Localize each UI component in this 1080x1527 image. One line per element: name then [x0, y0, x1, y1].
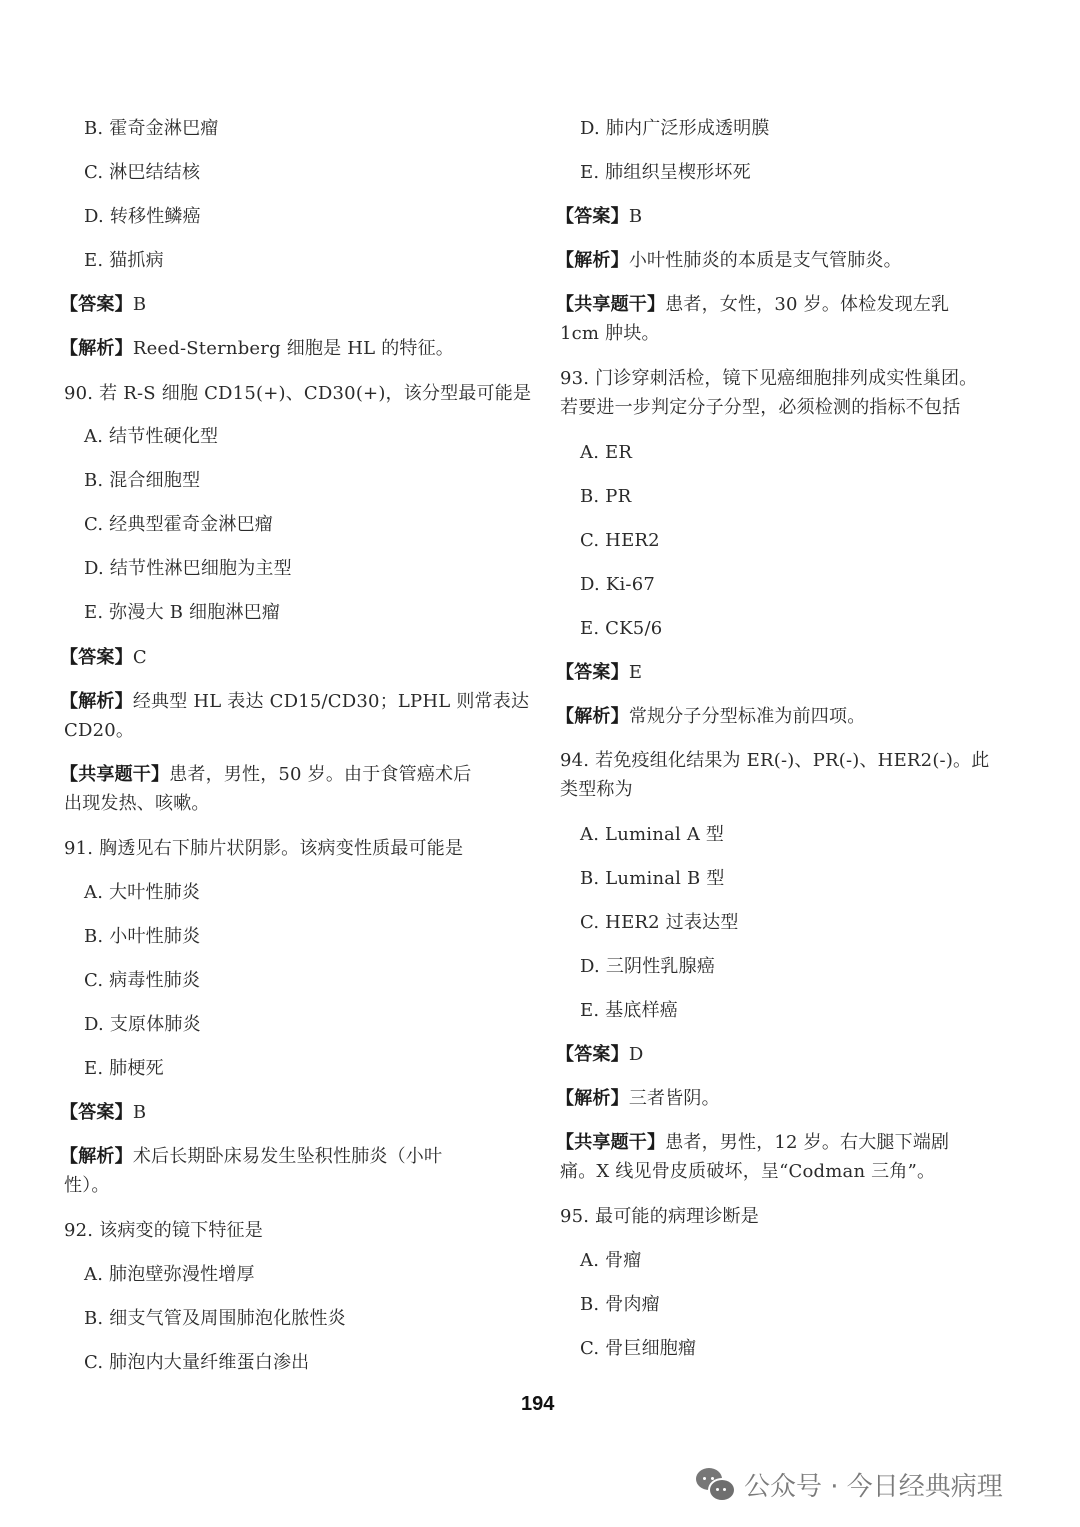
- answer-value: C: [133, 647, 147, 668]
- answer-line: 【答案】E: [560, 658, 642, 687]
- wechat-icon: [696, 1468, 736, 1502]
- option: E. 肺梗死: [84, 1054, 164, 1083]
- watermark-text: 公众号 · 今日经典病理: [744, 1466, 1003, 1503]
- shared-stem-tag: 【共享题干】: [60, 764, 169, 785]
- answer-tag: 【答案】: [60, 1102, 133, 1123]
- answer-value: B: [133, 1102, 146, 1123]
- shared-stem-line: 【共享题干】患者，男性，12 岁。右大腿下端剧: [560, 1128, 949, 1157]
- option: B. PR: [580, 482, 631, 511]
- option: A. 结节性硬化型: [84, 422, 218, 451]
- shared-stem-text-cont: 出现发热、咳嗽。: [64, 789, 210, 818]
- answer-tag: 【答案】: [556, 206, 629, 227]
- analysis-text-cont: CD20。: [64, 716, 134, 745]
- question-stem-90: 90. 若 R-S 细胞 CD15(+)、CD30(+)，该分型最可能是: [64, 379, 531, 408]
- option: B. 骨肉瘤: [580, 1290, 660, 1319]
- analysis-text: Reed-Sternberg 细胞是 HL 的特征。: [133, 338, 454, 359]
- option: C. HER2 过表达型: [580, 908, 739, 937]
- question-stem-95: 95. 最可能的病理诊断是: [560, 1202, 759, 1231]
- analysis-line: 【解析】常规分子分型标准为前四项。: [560, 702, 865, 731]
- answer-line: 【答案】B: [64, 1098, 146, 1127]
- option: A. 大叶性肺炎: [84, 878, 200, 907]
- analysis-tag: 【解析】: [556, 1088, 629, 1109]
- analysis-text: 经典型 HL 表达 CD15/CD30；LPHL 则常表达: [133, 691, 529, 712]
- analysis-line: 【解析】小叶性肺炎的本质是支气管肺炎。: [560, 246, 902, 275]
- answer-value: B: [629, 206, 642, 227]
- analysis-text-cont: 性）。: [64, 1171, 110, 1200]
- option: B. Luminal B 型: [580, 864, 725, 893]
- question-stem-93-cont: 若要进一步判定分子分型，必须检测的指标不包括: [560, 393, 960, 422]
- question-stem-94-cont: 类型称为: [560, 775, 633, 804]
- question-stem-93: 93. 门诊穿刺活检，镜下见癌细胞排列成实性巢团。: [560, 364, 977, 393]
- option: D. 肺内广泛形成透明膜: [580, 114, 770, 143]
- analysis-tag: 【解析】: [60, 338, 133, 359]
- shared-stem-tag: 【共享题干】: [556, 294, 665, 315]
- analysis-text: 三者皆阴。: [629, 1088, 720, 1109]
- shared-stem-text-cont: 痛。X 线见骨皮质破坏，呈“Codman 三角”。: [560, 1157, 935, 1186]
- analysis-tag: 【解析】: [556, 706, 629, 727]
- analysis-line: 【解析】三者皆阴。: [560, 1084, 720, 1113]
- answer-line: 【答案】D: [560, 1040, 643, 1069]
- shared-stem-text-cont: 1cm 肿块。: [560, 319, 660, 348]
- option: D. 三阴性乳腺癌: [580, 952, 715, 981]
- option: B. 混合细胞型: [84, 466, 200, 495]
- analysis-text: 小叶性肺炎的本质是支气管肺炎。: [629, 250, 902, 271]
- answer-line: 【答案】C: [64, 643, 147, 672]
- option: C. 淋巴结结核: [84, 158, 200, 187]
- analysis-tag: 【解析】: [60, 1146, 133, 1167]
- answer-value: E: [629, 662, 642, 683]
- option: C. HER2: [580, 526, 660, 555]
- option: A. ER: [580, 438, 632, 467]
- option: B. 霍奇金淋巴瘤: [84, 114, 218, 143]
- shared-stem-text: 患者，男性，12 岁。右大腿下端剧: [665, 1132, 949, 1153]
- question-stem-94: 94. 若免疫组化结果为 ER(-)、PR(-)、HER2(-)。此: [560, 746, 989, 775]
- analysis-line: 【解析】经典型 HL 表达 CD15/CD30；LPHL 则常表达: [64, 687, 529, 716]
- option: E. 肺组织呈楔形坏死: [580, 158, 751, 187]
- option: E. 基底样癌: [580, 996, 678, 1025]
- shared-stem-line: 【共享题干】患者，男性，50 岁。由于食管癌术后: [64, 760, 471, 789]
- answer-tag: 【答案】: [556, 1044, 629, 1065]
- answer-line: 【答案】B: [64, 290, 146, 319]
- answer-value: D: [629, 1044, 644, 1065]
- option: C. 经典型霍奇金淋巴瘤: [84, 510, 273, 539]
- question-stem-91: 91. 胸透见右下肺片状阴影。该病变性质最可能是: [64, 834, 463, 863]
- option: A. 骨瘤: [580, 1246, 641, 1275]
- option: A. 肺泡壁弥漫性增厚: [84, 1260, 255, 1289]
- option: E. 弥漫大 B 细胞淋巴瘤: [84, 598, 280, 627]
- option: D. Ki-67: [580, 570, 655, 599]
- option: E. CK5/6: [580, 614, 662, 643]
- question-stem-92: 92. 该病变的镜下特征是: [64, 1216, 263, 1245]
- analysis-text: 常规分子分型标准为前四项。: [629, 706, 866, 727]
- page-number: 194: [521, 1393, 554, 1416]
- shared-stem-line: 【共享题干】患者，女性，30 岁。体检发现左乳: [560, 290, 949, 319]
- option: D. 转移性鳞癌: [84, 202, 201, 231]
- answer-tag: 【答案】: [60, 647, 133, 668]
- shared-stem-text: 患者，女性，30 岁。体检发现左乳: [665, 294, 949, 315]
- option: E. 猫抓病: [84, 246, 164, 275]
- analysis-line: 【解析】术后长期卧床易发生坠积性肺炎（小叶: [64, 1142, 442, 1171]
- option: C. 骨巨细胞瘤: [580, 1334, 696, 1363]
- answer-tag: 【答案】: [556, 662, 629, 683]
- analysis-tag: 【解析】: [60, 691, 133, 712]
- option: A. Luminal A 型: [580, 820, 724, 849]
- answer-value: B: [133, 294, 146, 315]
- analysis-line: 【解析】Reed-Sternberg 细胞是 HL 的特征。: [64, 334, 454, 363]
- shared-stem-text: 患者，男性，50 岁。由于食管癌术后: [169, 764, 471, 785]
- option: B. 细支气管及周围肺泡化脓性炎: [84, 1304, 346, 1333]
- option: D. 结节性淋巴细胞为主型: [84, 554, 292, 583]
- analysis-text: 术后长期卧床易发生坠积性肺炎（小叶: [133, 1146, 442, 1167]
- option: D. 支原体肺炎: [84, 1010, 201, 1039]
- watermark: 公众号 · 今日经典病理: [696, 1466, 1003, 1503]
- option: C. 肺泡内大量纤维蛋白渗出: [84, 1348, 309, 1377]
- answer-line: 【答案】B: [560, 202, 642, 231]
- analysis-tag: 【解析】: [556, 250, 629, 271]
- option: B. 小叶性肺炎: [84, 922, 200, 951]
- option: C. 病毒性肺炎: [84, 966, 200, 995]
- shared-stem-tag: 【共享题干】: [556, 1132, 665, 1153]
- answer-tag: 【答案】: [60, 294, 133, 315]
